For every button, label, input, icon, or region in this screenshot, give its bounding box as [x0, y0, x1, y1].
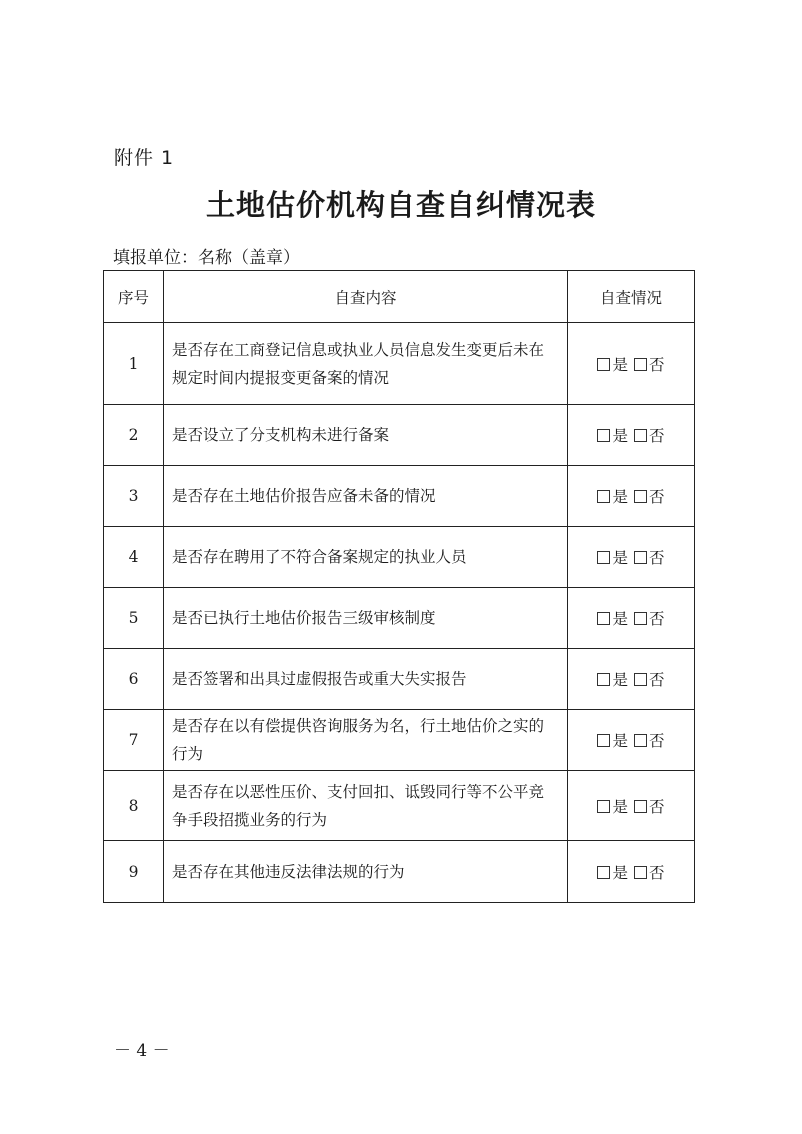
checkbox-icon[interactable]	[634, 490, 647, 503]
checkbox-icon[interactable]	[597, 612, 610, 625]
table-row: 6是否签署和出具过虚假报告或重大失实报告是否	[104, 649, 695, 710]
row-check: 是否	[568, 466, 695, 527]
checkbox-icon[interactable]	[597, 866, 610, 879]
option-yes[interactable]: 是	[597, 610, 628, 628]
row-check: 是否	[568, 841, 695, 903]
option-no[interactable]: 否	[634, 356, 665, 374]
checkbox-icon[interactable]	[597, 673, 610, 686]
option-no[interactable]: 否	[634, 427, 665, 445]
row-number: 2	[104, 405, 164, 466]
row-content: 是否存在聘用了不符合备案规定的执业人员	[164, 527, 568, 588]
table-row: 1是否存在工商登记信息或执业人员信息发生变更后未在规定时间内提报变更备案的情况是…	[104, 323, 695, 405]
checkbox-icon[interactable]	[597, 490, 610, 503]
checkbox-icon[interactable]	[597, 551, 610, 564]
row-content: 是否存在工商登记信息或执业人员信息发生变更后未在规定时间内提报变更备案的情况	[164, 323, 568, 405]
option-yes[interactable]: 是	[597, 798, 628, 816]
checkbox-icon[interactable]	[634, 800, 647, 813]
row-check: 是否	[568, 323, 695, 405]
table-row: 9是否存在其他违反法律法规的行为是否	[104, 841, 695, 903]
document-title: 土地估价机构自查自纠情况表	[0, 183, 802, 224]
page-number: － 4 －	[114, 1036, 170, 1061]
option-yes[interactable]: 是	[597, 427, 628, 445]
option-yes[interactable]: 是	[597, 356, 628, 374]
option-yes[interactable]: 是	[597, 549, 628, 567]
option-no[interactable]: 否	[634, 732, 665, 750]
row-number: 6	[104, 649, 164, 710]
row-number: 1	[104, 323, 164, 405]
row-check: 是否	[568, 527, 695, 588]
option-no[interactable]: 否	[634, 488, 665, 506]
checkbox-icon[interactable]	[634, 551, 647, 564]
option-no[interactable]: 否	[634, 610, 665, 628]
row-check: 是否	[568, 771, 695, 841]
header-status: 自查情况	[568, 271, 695, 323]
option-yes[interactable]: 是	[597, 732, 628, 750]
table-row: 3是否存在土地估价报告应备未备的情况是否	[104, 466, 695, 527]
option-no[interactable]: 否	[634, 864, 665, 882]
row-content: 是否存在以恶性压价、支付回扣、诋毁同行等不公平竞争手段招揽业务的行为	[164, 771, 568, 841]
row-content: 是否已执行土地估价报告三级审核制度	[164, 588, 568, 649]
option-no[interactable]: 否	[634, 549, 665, 567]
title-text: 土地估价机构自查自纠情况表	[206, 188, 596, 222]
checkbox-icon[interactable]	[634, 358, 647, 371]
row-check: 是否	[568, 710, 695, 771]
table-row: 8是否存在以恶性压价、支付回扣、诋毁同行等不公平竞争手段招揽业务的行为是否	[104, 771, 695, 841]
option-no[interactable]: 否	[634, 798, 665, 816]
header-no: 序号	[104, 271, 164, 323]
checkbox-icon[interactable]	[597, 358, 610, 371]
row-check: 是否	[568, 649, 695, 710]
checkbox-icon[interactable]	[597, 800, 610, 813]
checkbox-icon[interactable]	[597, 429, 610, 442]
option-no[interactable]: 否	[634, 671, 665, 689]
header-content: 自查内容	[164, 271, 568, 323]
row-content: 是否存在其他违反法律法规的行为	[164, 841, 568, 903]
checkbox-icon[interactable]	[634, 429, 647, 442]
row-number: 5	[104, 588, 164, 649]
checkbox-icon[interactable]	[634, 673, 647, 686]
attachment-label: 附件 1	[114, 143, 174, 170]
checkbox-icon[interactable]	[634, 734, 647, 747]
checkbox-icon[interactable]	[634, 612, 647, 625]
row-number: 3	[104, 466, 164, 527]
self-check-table: 序号 自查内容 自查情况 1是否存在工商登记信息或执业人员信息发生变更后未在规定…	[103, 270, 695, 903]
table-row: 7是否存在以有偿提供咨询服务为名，行土地估价之实的行为是否	[104, 710, 695, 771]
table-header-row: 序号 自查内容 自查情况	[104, 271, 695, 323]
row-number: 8	[104, 771, 164, 841]
row-check: 是否	[568, 588, 695, 649]
option-yes[interactable]: 是	[597, 488, 628, 506]
table-row: 5是否已执行土地估价报告三级审核制度是否	[104, 588, 695, 649]
row-number: 4	[104, 527, 164, 588]
row-content: 是否存在以有偿提供咨询服务为名，行土地估价之实的行为	[164, 710, 568, 771]
row-content: 是否存在土地估价报告应备未备的情况	[164, 466, 568, 527]
option-yes[interactable]: 是	[597, 671, 628, 689]
filler-unit-label: 填报单位：名称（盖章）	[113, 243, 300, 268]
table-row: 2是否设立了分支机构未进行备案是否	[104, 405, 695, 466]
option-yes[interactable]: 是	[597, 864, 628, 882]
row-number: 7	[104, 710, 164, 771]
checkbox-icon[interactable]	[634, 866, 647, 879]
row-content: 是否设立了分支机构未进行备案	[164, 405, 568, 466]
row-number: 9	[104, 841, 164, 903]
table-row: 4是否存在聘用了不符合备案规定的执业人员是否	[104, 527, 695, 588]
row-content: 是否签署和出具过虚假报告或重大失实报告	[164, 649, 568, 710]
checkbox-icon[interactable]	[597, 734, 610, 747]
row-check: 是否	[568, 405, 695, 466]
